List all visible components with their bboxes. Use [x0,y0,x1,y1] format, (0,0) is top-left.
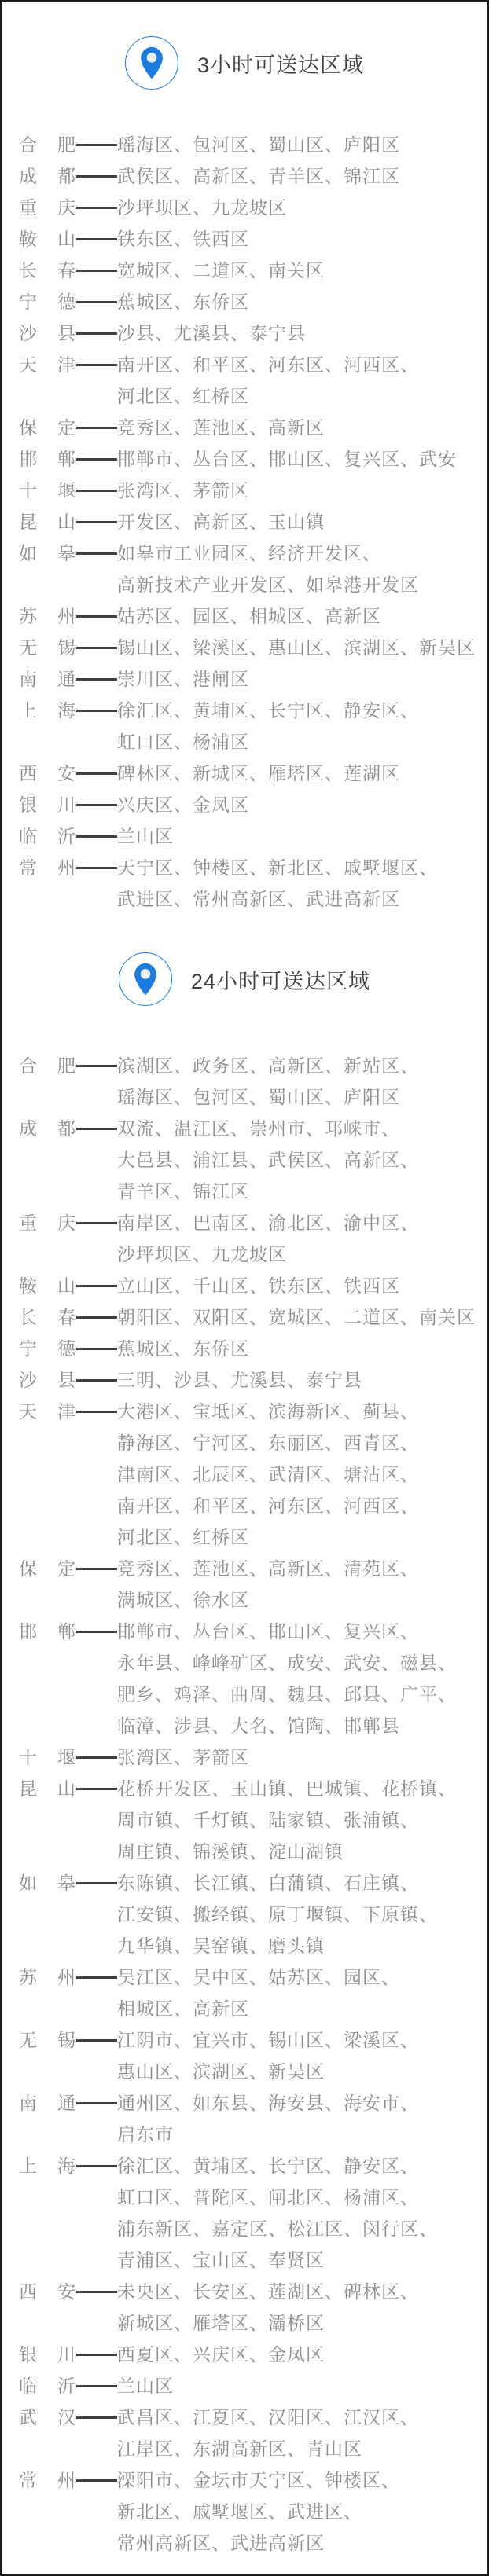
district-list: 溧阳市、金坛市天宁区、钟楼区、 新北区、戚墅堰区、武进区、 常州高新区、武进高新… [117,2464,487,2559]
region-row: 西 安 未央区、长安区、莲湖区、碑林区、 新城区、雁塔区、灞桥区 [2,2276,487,2339]
city-char-2: 州 [57,600,76,632]
city-char-2: 沂 [57,2370,76,2402]
city-char-1: 如 [19,1867,38,1899]
city-char-1: 苏 [19,1961,38,1993]
city-name: 常 州 [19,2464,76,2496]
section-header-24h: 24小时可送达区域 [2,952,487,1006]
city-char-1: 重 [19,1207,38,1238]
city-char-1: 南 [19,663,38,695]
section-title-3h: 3小时可送达区域 [197,48,364,79]
city-char-2: 庆 [57,192,76,223]
region-row: 西 安 碑林区、新城区、雁塔区、莲湖区 [2,758,487,789]
region-row: 上 海 徐汇区、黄埔区、长宁区、静安区、 虹口区、普陀区、闸北区、杨浦区、 浦东… [2,2150,487,2276]
region-row: 鞍 山 立山区、千山区、铁东区、铁西区 [2,1270,487,1301]
dash-connector [76,1867,117,1899]
dash-connector [76,1616,117,1647]
district-list: 如皋市工业园区、经济开发区、 高新技术产业开发区、如皋港开发区 [117,538,487,600]
region-row: 成 都 武侯区、高新区、青羊区、锦江区 [2,160,487,192]
city-char-2: 山 [57,223,76,255]
city-char-1: 宁 [19,1333,38,1364]
dash-connector [76,1301,117,1333]
dash-connector [76,223,117,255]
dash-connector [76,1207,117,1238]
district-list: 武昌区、江夏区、汉阳区、江汉区、 江岸区、东湖高新区、青山区 [117,2402,487,2464]
dash-connector [76,129,117,160]
district-list: 未央区、长安区、莲湖区、碑林区、 新城区、雁塔区、灞桥区 [117,2276,487,2339]
region-row: 重 庆 南岸区、巴南区、渝北区、渝中区、 沙坪坝区、九龙坡区 [2,1207,487,1270]
district-list: 铁东区、铁西区 [117,223,487,255]
dash-connector [76,317,117,349]
district-list: 蕉城区、东侨区 [117,1333,487,1364]
district-list: 宽城区、二道区、南关区 [117,255,487,286]
dash-connector [76,632,117,663]
district-list: 邯郸市、丛台区、邯山区、复兴区、武安 [117,443,487,475]
city-char-1: 合 [19,129,38,160]
dash-connector [76,789,117,820]
region-row: 宁 德 蕉城区、东侨区 [2,1333,487,1364]
city-char-2: 郸 [57,443,76,475]
district-list: 东陈镇、长江镇、白蒲镇、石庄镇、 江安镇、搬经镇、原丁堰镇、下原镇、 九华镇、吴… [117,1867,487,1961]
city-name: 如 皋 [19,1867,76,1899]
city-char-1: 昆 [19,506,38,538]
dash-connector [76,475,117,506]
city-name: 昆 山 [19,1773,76,1804]
dash-connector [76,695,117,726]
region-row: 银 川 西夏区、兴庆区、金凤区 [2,2339,487,2370]
region-row: 保 定 竞秀区、莲池区、高新区、清苑区、 满城区、徐水区 [2,1553,487,1616]
city-name: 银 川 [19,789,76,820]
district-list: 徐汇区、黄埔区、长宁区、静安区、 虹口区、普陀区、闸北区、杨浦区、 浦东新区、嘉… [117,2150,487,2276]
dash-connector [76,1773,117,1804]
city-char-2: 安 [57,2276,76,2307]
region-row: 如 皋 如皋市工业园区、经济开发区、 高新技术产业开发区、如皋港开发区 [2,538,487,600]
region-row: 长 春 宽城区、二道区、南关区 [2,255,487,286]
city-char-2: 德 [57,286,76,317]
dash-connector [76,1396,117,1427]
city-char-1: 临 [19,820,38,852]
city-char-2: 堰 [57,1741,76,1773]
city-char-1: 无 [19,632,38,663]
dash-connector [76,506,117,538]
city-name: 十 堰 [19,1741,76,1773]
city-name: 鞍 山 [19,223,76,255]
city-char-1: 天 [19,1396,38,1427]
region-row: 十 堰 张湾区、茅箭区 [2,475,487,506]
city-name: 武 汉 [19,2402,76,2433]
city-char-2: 津 [57,349,76,380]
city-char-1: 长 [19,1301,38,1333]
city-name: 南 通 [19,2087,76,2119]
region-row: 鞍 山 铁东区、铁西区 [2,223,487,255]
city-name: 长 春 [19,1301,76,1333]
city-char-2: 山 [57,506,76,538]
city-char-1: 临 [19,2370,38,2402]
dash-connector [76,600,117,632]
city-name: 昆 山 [19,506,76,538]
city-name: 沙 县 [19,317,76,349]
dash-connector [76,2370,117,2402]
city-char-1: 天 [19,349,38,380]
city-char-1: 上 [19,2150,38,2182]
dash-connector [76,192,117,223]
city-char-2: 津 [57,1396,76,1427]
dash-connector [76,1364,117,1396]
city-char-1: 成 [19,1113,38,1144]
district-list: 朝阳区、双阳区、宽城区、二道区、南关区 [117,1301,487,1333]
region-row: 沙 县 三明、沙县、尤溪县、泰宁县 [2,1364,487,1396]
city-name: 天 津 [19,349,76,380]
dash-connector [76,349,117,380]
dash-connector [76,2087,117,2119]
district-list: 花桥开发区、玉山镇、巴城镇、花桥镇、 周市镇、千灯镇、陆家镇、张浦镇、 周庄镇、… [117,1773,487,1867]
city-name: 临 沂 [19,820,76,852]
dash-connector [76,663,117,695]
city-name: 成 都 [19,160,76,192]
dash-connector [76,538,117,569]
city-char-1: 武 [19,2402,38,2433]
district-list: 江阴市、宜兴市、锡山区、梁溪区、 惠山区、滨湖区、新吴区 [117,2024,487,2087]
dash-connector [76,820,117,852]
city-char-2: 山 [57,1773,76,1804]
city-char-2: 定 [57,1553,76,1584]
district-list: 西夏区、兴庆区、金凤区 [117,2339,487,2370]
city-char-1: 银 [19,2339,38,2370]
city-char-2: 州 [57,1961,76,1993]
city-char-1: 十 [19,475,38,506]
city-char-1: 西 [19,2276,38,2307]
district-list: 徐汇区、黄埔区、长宁区、静安区、 虹口区、杨浦区 [117,695,487,758]
district-list: 锡山区、梁溪区、惠山区、滨湖区、新吴区 [117,632,487,663]
city-name: 南 通 [19,663,76,695]
city-char-1: 鞍 [19,1270,38,1301]
city-name: 临 沂 [19,2370,76,2402]
city-char-1: 沙 [19,317,38,349]
city-char-2: 都 [57,1113,76,1144]
city-name: 西 安 [19,2276,76,2307]
district-list: 吴江区、吴中区、姑苏区、园区、 相城区、高新区 [117,1961,487,2024]
city-name: 上 海 [19,695,76,726]
region-row: 长 春 朝阳区、双阳区、宽城区、二道区、南关区 [2,1301,487,1333]
city-name: 邯 郸 [19,443,76,475]
city-name: 重 庆 [19,192,76,223]
city-name: 天 津 [19,1396,76,1427]
city-char-2: 春 [57,255,76,286]
region-row: 如 皋 东陈镇、长江镇、白蒲镇、石庄镇、 江安镇、搬经镇、原丁堰镇、下原镇、 九… [2,1867,487,1961]
region-row: 南 通 崇川区、港闸区 [2,663,487,695]
city-name: 无 锡 [19,2024,76,2056]
city-name: 保 定 [19,412,76,443]
city-char-1: 银 [19,789,38,820]
city-name: 邯 郸 [19,1616,76,1647]
region-row: 临 沂 兰山区 [2,820,487,852]
city-char-1: 鞍 [19,223,38,255]
city-char-1: 成 [19,160,38,192]
city-name: 苏 州 [19,600,76,632]
city-char-2: 定 [57,412,76,443]
city-char-2: 县 [57,317,76,349]
region-row: 昆 山 开发区、高新区、玉山镇 [2,506,487,538]
region-row: 合 肥 瑶海区、包河区、蜀山区、庐阳区 [2,129,487,160]
region-row: 武 汉 武昌区、江夏区、汉阳区、江汉区、 江岸区、东湖高新区、青山区 [2,2402,487,2464]
district-list: 兰山区 [117,820,487,852]
city-char-1: 合 [19,1050,38,1081]
district-list: 兴庆区、金凤区 [117,789,487,820]
region-list-3h: 合 肥 瑶海区、包河区、蜀山区、庐阳区 成 都 武侯区、高新区、青羊区、锦江区 … [2,129,487,915]
city-char-1: 长 [19,255,38,286]
city-name: 合 肥 [19,1050,76,1081]
city-name: 常 州 [19,852,76,883]
city-name: 银 川 [19,2339,76,2370]
city-char-2: 肥 [57,129,76,160]
region-row: 临 沂 兰山区 [2,2370,487,2402]
city-char-1: 重 [19,192,38,223]
location-pin-icon [119,952,172,1006]
city-name: 重 庆 [19,1207,76,1238]
district-list: 双流、温江区、崇州市、邛崃市、 大邑县、浦江县、武侯区、高新区、 青羊区、锦江区 [117,1113,487,1207]
city-char-2: 川 [57,789,76,820]
dash-connector [76,1113,117,1144]
city-name: 合 肥 [19,129,76,160]
delivery-area-page: 3小时可送达区域 合 肥 瑶海区、包河区、蜀山区、庐阳区 成 都 武侯区、高新区… [0,0,489,2576]
district-list: 兰山区 [117,2370,487,2402]
city-char-2: 锡 [57,2024,76,2056]
district-list: 大港区、宝坻区、滨海新区、蓟县、 静海区、宁河区、东丽区、西青区、 津南区、北辰… [117,1396,487,1553]
city-char-1: 保 [19,412,38,443]
city-name: 宁 德 [19,286,76,317]
region-row: 邯 郸 邯郸市、丛台区、邯山区、复兴区、武安 [2,443,487,475]
region-row: 常 州 溧阳市、金坛市天宁区、钟楼区、 新北区、戚墅堰区、武进区、 常州高新区、… [2,2464,487,2559]
district-list: 竞秀区、莲池区、高新区 [117,412,487,443]
region-row: 宁 德 蕉城区、东侨区 [2,286,487,317]
region-row: 保 定 竞秀区、莲池区、高新区 [2,412,487,443]
dash-connector [76,2402,117,2433]
dash-connector [76,1050,117,1081]
district-list: 开发区、高新区、玉山镇 [117,506,487,538]
city-name: 保 定 [19,1553,76,1584]
city-char-1: 无 [19,2024,38,2056]
city-char-1: 西 [19,758,38,789]
region-row: 沙 县 沙县、尤溪县、泰宁县 [2,317,487,349]
dash-connector [76,443,117,475]
city-char-2: 堰 [57,475,76,506]
city-char-2: 肥 [57,1050,76,1081]
region-row: 成 都 双流、温江区、崇州市、邛崃市、 大邑县、浦江县、武侯区、高新区、 青羊区… [2,1113,487,1207]
district-list: 三明、沙县、尤溪县、泰宁县 [117,1364,487,1396]
dash-connector [76,1333,117,1364]
city-char-2: 皋 [57,1867,76,1899]
region-row: 合 肥 滨湖区、政务区、高新区、新站区、 瑶海区、包河区、蜀山区、庐阳区 [2,1050,487,1113]
district-list: 蕉城区、东侨区 [117,286,487,317]
dash-connector [76,1270,117,1301]
dash-connector [76,2150,117,2182]
city-char-2: 汉 [57,2402,76,2433]
region-row: 上 海 徐汇区、黄埔区、长宁区、静安区、 虹口区、杨浦区 [2,695,487,758]
district-list: 邯郸市、丛台区、邯山区、复兴区、 永年县、峰峰矿区、成安、武安、磁县、 肥乡、鸡… [117,1616,487,1741]
district-list: 天宁区、钟楼区、新北区、戚墅堰区、 武进区、常州高新区、武进高新区 [117,852,487,915]
district-list: 沙县、尤溪县、泰宁县 [117,317,487,349]
city-name: 宁 德 [19,1333,76,1364]
city-char-1: 如 [19,538,38,569]
dash-connector [76,852,117,883]
section-header-3h: 3小时可送达区域 [2,36,487,90]
dash-connector [76,2464,117,2496]
region-row: 苏 州 姑苏区、园区、相城区、高新区 [2,600,487,632]
dash-connector [76,2339,117,2370]
city-name: 十 堰 [19,475,76,506]
region-row: 苏 州 吴江区、吴中区、姑苏区、园区、 相城区、高新区 [2,1961,487,2024]
city-char-1: 邯 [19,443,38,475]
dash-connector [76,1961,117,1993]
district-list: 南岸区、巴南区、渝北区、渝中区、 沙坪坝区、九龙坡区 [117,1207,487,1270]
city-char-2: 通 [57,2087,76,2119]
dash-connector [76,2276,117,2307]
district-list: 武侯区、高新区、青羊区、锦江区 [117,160,487,192]
region-row: 常 州 天宁区、钟楼区、新北区、戚墅堰区、 武进区、常州高新区、武进高新区 [2,852,487,915]
region-row: 十 堰 张湾区、茅箭区 [2,1741,487,1773]
region-row: 昆 山 花桥开发区、玉山镇、巴城镇、花桥镇、 周市镇、千灯镇、陆家镇、张浦镇、 … [2,1773,487,1867]
city-char-1: 上 [19,695,38,726]
city-char-2: 川 [57,2339,76,2370]
city-char-2: 春 [57,1301,76,1333]
city-char-2: 德 [57,1333,76,1364]
region-row: 南 通 通州区、如东县、海安县、海安市、 启东市 [2,2087,487,2150]
district-list: 竞秀区、莲池区、高新区、清苑区、 满城区、徐水区 [117,1553,487,1616]
region-row: 邯 郸 邯郸市、丛台区、邯山区、复兴区、 永年县、峰峰矿区、成安、武安、磁县、 … [2,1616,487,1741]
location-pin-icon [125,36,178,90]
district-list: 张湾区、茅箭区 [117,1741,487,1773]
region-row: 天 津 南开区、和平区、河东区、河西区、 河北区、红桥区 [2,349,487,412]
city-char-2: 锡 [57,632,76,663]
city-char-1: 保 [19,1553,38,1584]
district-list: 碑林区、新城区、雁塔区、莲湖区 [117,758,487,789]
city-char-1: 常 [19,852,38,883]
city-char-2: 都 [57,160,76,192]
city-char-2: 郸 [57,1616,76,1647]
city-char-2: 州 [57,852,76,883]
city-char-2: 庆 [57,1207,76,1238]
city-char-2: 县 [57,1364,76,1396]
city-name: 鞍 山 [19,1270,76,1301]
dash-connector [76,1553,117,1584]
dash-connector [76,2024,117,2056]
city-char-1: 常 [19,2464,38,2496]
region-row: 无 锡 江阴市、宜兴市、锡山区、梁溪区、 惠山区、滨湖区、新吴区 [2,2024,487,2087]
city-name: 西 安 [19,758,76,789]
section-title-24h: 24小时可送达区域 [191,964,370,995]
dash-connector [76,412,117,443]
dash-connector [76,160,117,192]
city-char-1: 宁 [19,286,38,317]
city-char-2: 沂 [57,820,76,852]
city-char-1: 沙 [19,1364,38,1396]
city-name: 上 海 [19,2150,76,2182]
district-list: 沙坪坝区、九龙坡区 [117,192,487,223]
city-char-2: 海 [57,695,76,726]
city-char-1: 昆 [19,1773,38,1804]
dash-connector [76,255,117,286]
city-name: 如 皋 [19,538,76,569]
region-row: 天 津 大港区、宝坻区、滨海新区、蓟县、 静海区、宁河区、东丽区、西青区、 津南… [2,1396,487,1553]
district-list: 姑苏区、园区、相城区、高新区 [117,600,487,632]
city-char-1: 十 [19,1741,38,1773]
district-list: 滨湖区、政务区、高新区、新站区、 瑶海区、包河区、蜀山区、庐阳区 [117,1050,487,1113]
city-char-2: 皋 [57,538,76,569]
region-row: 银 川 兴庆区、金凤区 [2,789,487,820]
city-char-2: 通 [57,663,76,695]
city-name: 无 锡 [19,632,76,663]
region-list-24h: 合 肥 滨湖区、政务区、高新区、新站区、 瑶海区、包河区、蜀山区、庐阳区 成 都… [2,1050,487,2559]
city-name: 长 春 [19,255,76,286]
city-char-1: 邯 [19,1616,38,1647]
dash-connector [76,758,117,789]
city-char-2: 海 [57,2150,76,2182]
dash-connector [76,1741,117,1773]
district-list: 南开区、和平区、河东区、河西区、 河北区、红桥区 [117,349,487,412]
dash-connector [76,286,117,317]
district-list: 通州区、如东县、海安县、海安市、 启东市 [117,2087,487,2150]
region-row: 无 锡 锡山区、梁溪区、惠山区、滨湖区、新吴区 [2,632,487,663]
region-row: 重 庆 沙坪坝区、九龙坡区 [2,192,487,223]
district-list: 崇川区、港闸区 [117,663,487,695]
city-char-1: 南 [19,2087,38,2119]
district-list: 瑶海区、包河区、蜀山区、庐阳区 [117,129,487,160]
city-char-1: 苏 [19,600,38,632]
city-char-2: 州 [57,2464,76,2496]
city-char-2: 山 [57,1270,76,1301]
city-name: 沙 县 [19,1364,76,1396]
city-char-2: 安 [57,758,76,789]
city-name: 苏 州 [19,1961,76,1993]
district-list: 立山区、千山区、铁东区、铁西区 [117,1270,487,1301]
district-list: 张湾区、茅箭区 [117,475,487,506]
city-name: 成 都 [19,1113,76,1144]
